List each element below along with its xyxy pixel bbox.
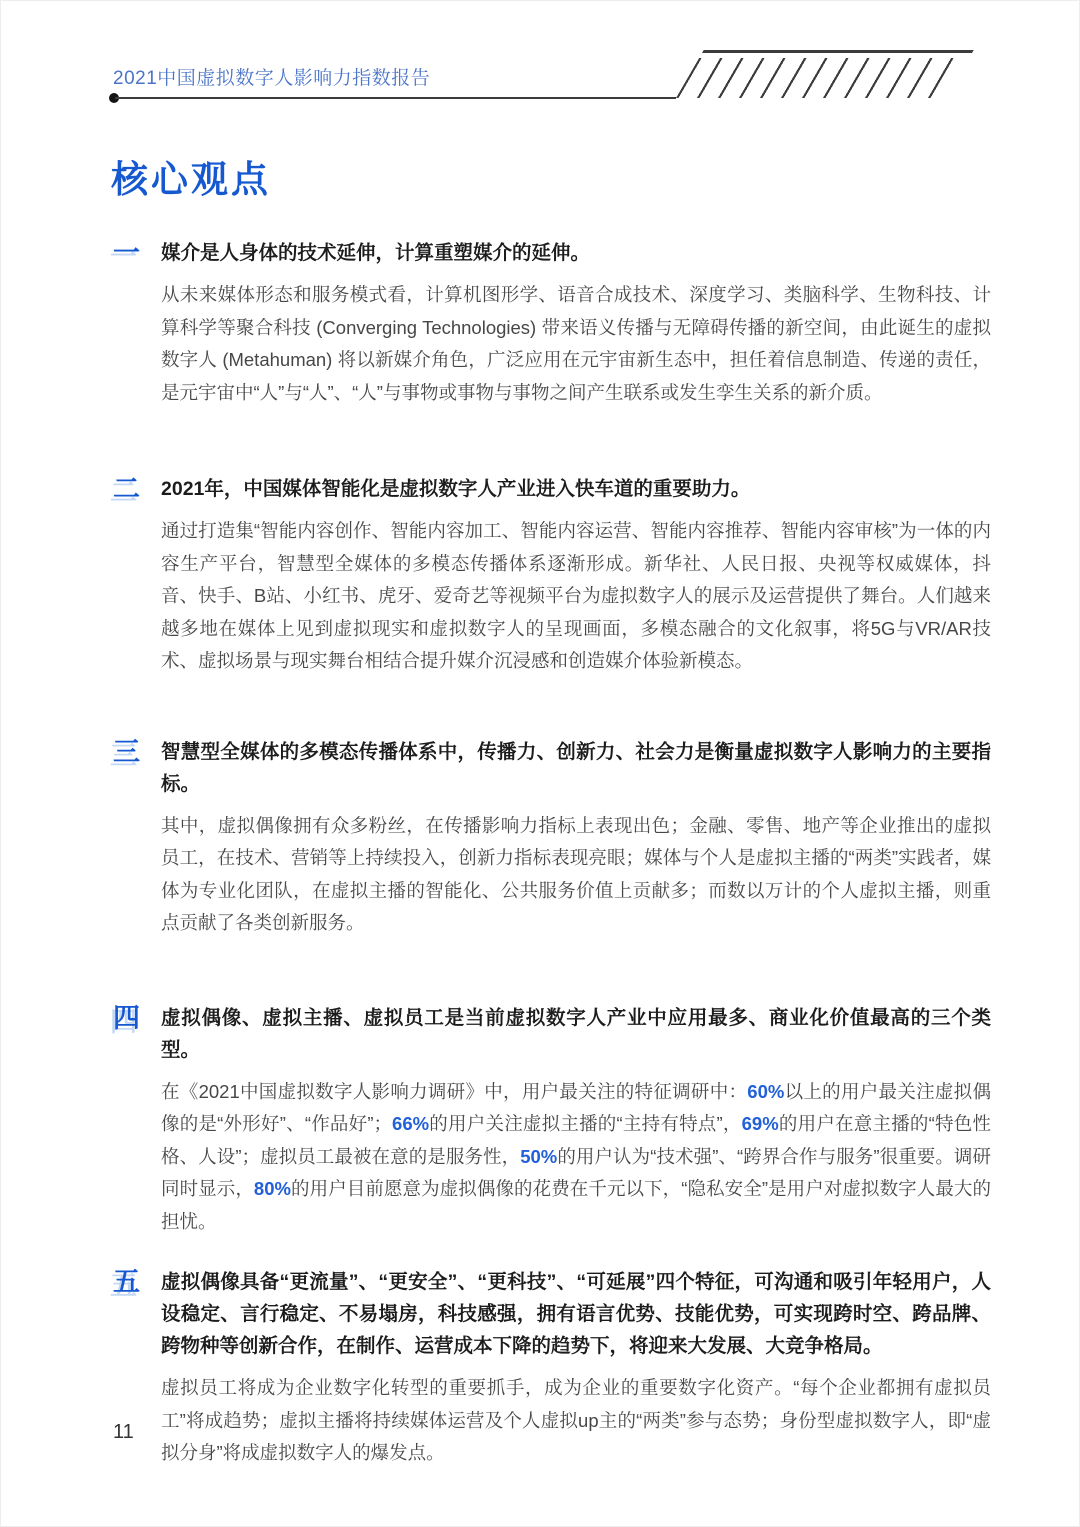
point-5-body: 虚拟员工将成为企业数字化转型的重要抓手，成为企业的重要数字化资产。“每个企业都拥… (161, 1372, 991, 1470)
point-4-heading: 虚拟偶像、虚拟主播、虚拟员工是当前虚拟数字人产业中应用最多、商业化价值最高的三个… (161, 1002, 991, 1066)
point-1-heading: 媒介是人身体的技术延伸，计算重塑媒介的延伸。 (161, 237, 991, 269)
report-page: 2021中国虚拟数字人影响力指数报告 核心观点 一 媒介是人身体的技术延伸，计算… (0, 0, 1080, 1527)
body-text-segment: 其中，虚拟偶像拥有众多粉丝，在传播影响力指标上表现出色；金融、零售、地产等企业推… (161, 815, 991, 934)
page-number: 11 (113, 1421, 134, 1444)
core-points-list: 一 媒介是人身体的技术延伸，计算重塑媒介的延伸。 从未来媒体形态和服务模式看，计… (113, 237, 991, 1470)
stat-highlight: 80% (254, 1178, 291, 1199)
point-2-heading: 2021年，中国媒体智能化是虚拟数字人产业进入快车道的重要助力。 (161, 473, 991, 505)
body-text-segment: 通过打造集“智能内容创作、智能内容加工、智能内容运营、智能内容推荐、智能内容审核… (161, 520, 991, 671)
body-text-segment: 在《2021中国虚拟数字人影响力调研》中，用户最关注的特征调研中： (161, 1081, 747, 1102)
point-1-body: 从未来媒体形态和服务模式看，计算机图形学、语音合成技术、深度学习、类脑科学、生物… (161, 279, 991, 409)
stat-highlight: 69% (742, 1113, 779, 1134)
page-title: 核心观点 (111, 149, 271, 203)
point-number-1: 一 (113, 237, 161, 409)
header-rule (115, 97, 676, 99)
point-number-2: 二 (113, 473, 161, 678)
point-3-body: 其中，虚拟偶像拥有众多粉丝，在传播影响力指标上表现出色；金融、零售、地产等企业推… (161, 810, 991, 940)
point-2-body: 通过打造集“智能内容创作、智能内容加工、智能内容运营、智能内容推荐、智能内容审核… (161, 515, 991, 678)
report-header-title: 2021中国虚拟数字人影响力指数报告 (113, 63, 430, 90)
stat-highlight: 66% (392, 1113, 429, 1134)
point-3-heading: 智慧型全媒体的多模态传播体系中，传播力、创新力、社会力是衡量虚拟数字人影响力的主… (161, 736, 991, 800)
core-point-3: 三 智慧型全媒体的多模态传播体系中，传播力、创新力、社会力是衡量虚拟数字人影响力… (113, 736, 991, 940)
core-point-4: 四 虚拟偶像、虚拟主播、虚拟员工是当前虚拟数字人产业中应用最多、商业化价值最高的… (113, 1002, 991, 1239)
point-5-heading: 虚拟偶像具备“更流量”、“更安全”、“更科技”、“可延展”四个特征，可沟通和吸引… (161, 1266, 991, 1362)
hatch-pattern-decoration (676, 50, 974, 98)
point-4-body: 在《2021中国虚拟数字人影响力调研》中，用户最关注的特征调研中：60%以上的用… (161, 1076, 991, 1239)
stat-highlight: 60% (747, 1081, 784, 1102)
core-point-5: 五 虚拟偶像具备“更流量”、“更安全”、“更科技”、“可延展”四个特征，可沟通和… (113, 1266, 991, 1470)
core-point-1: 一 媒介是人身体的技术延伸，计算重塑媒介的延伸。 从未来媒体形态和服务模式看，计… (113, 237, 991, 409)
point-number-4: 四 (113, 1002, 161, 1239)
stat-highlight: 50% (520, 1146, 557, 1167)
body-text-segment: 虚拟员工将成为企业数字化转型的重要抓手，成为企业的重要数字化资产。“每个企业都拥… (161, 1377, 991, 1463)
point-number-3: 三 (113, 736, 161, 940)
core-point-2: 二 2021年，中国媒体智能化是虚拟数字人产业进入快车道的重要助力。 通过打造集… (113, 473, 991, 678)
body-text-segment: 从未来媒体形态和服务模式看，计算机图形学、语音合成技术、深度学习、类脑科学、生物… (161, 284, 991, 403)
body-text-segment: 的用户关注虚拟主播的“主持有特点”， (429, 1113, 742, 1134)
